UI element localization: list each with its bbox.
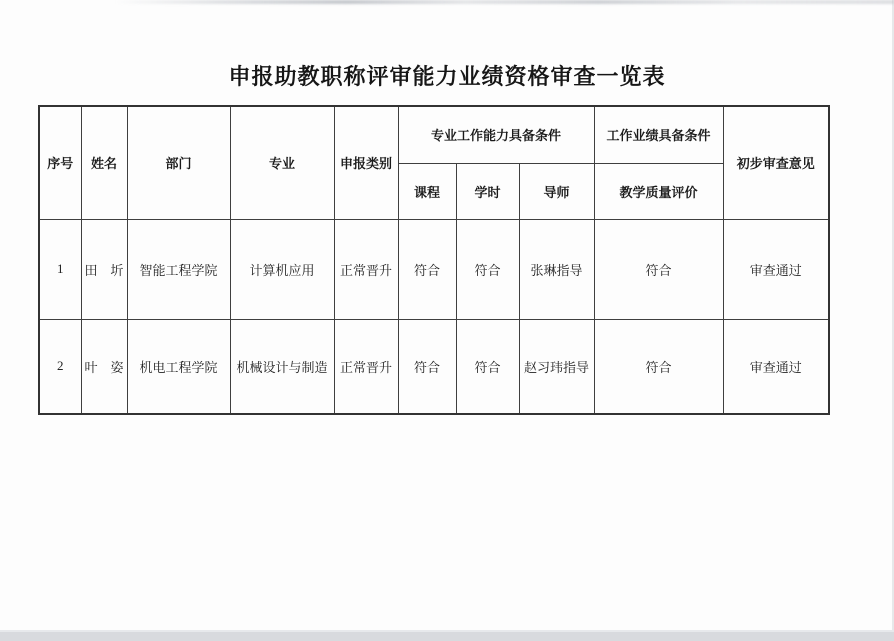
cell-name: 田 圻	[81, 219, 127, 319]
cell-course: 符合	[398, 219, 456, 319]
col-header-preliminary-opinion: 初步审查意见	[723, 106, 829, 219]
qualification-review-table: 序号 姓名 部门 专业 申报类别 专业工作能力具备条件 工作业绩具备条件 初步审…	[38, 105, 830, 415]
cell-hours: 符合	[456, 219, 519, 319]
col-header-mentor: 导师	[519, 163, 594, 219]
cell-serial: 1	[39, 219, 81, 319]
cell-apply-category: 正常晋升	[334, 319, 398, 414]
cell-name: 叶 姿	[81, 319, 127, 414]
cell-teaching-quality: 符合	[594, 319, 723, 414]
header-row-top: 序号 姓名 部门 专业 申报类别 专业工作能力具备条件 工作业绩具备条件 初步审…	[39, 106, 829, 163]
cell-course: 符合	[398, 319, 456, 414]
col-header-course: 课程	[398, 163, 456, 219]
col-header-teaching-quality: 教学质量评价	[594, 163, 723, 219]
cell-preliminary-opinion: 审查通过	[723, 219, 829, 319]
col-header-major: 专业	[230, 106, 334, 219]
cell-department: 机电工程学院	[127, 319, 230, 414]
cell-serial: 2	[39, 319, 81, 414]
cell-major: 计算机应用	[230, 219, 334, 319]
cell-apply-category: 正常晋升	[334, 219, 398, 319]
cell-mentor: 赵习玮指导	[519, 319, 594, 414]
col-group-ability: 专业工作能力具备条件	[398, 106, 594, 163]
scan-artifact-top	[115, 0, 894, 4]
col-header-serial: 序号	[39, 106, 81, 219]
col-header-name: 姓名	[81, 106, 127, 219]
cell-hours: 符合	[456, 319, 519, 414]
col-header-apply-category: 申报类别	[334, 106, 398, 219]
scan-artifact-bottom-bar	[0, 630, 894, 641]
cell-teaching-quality: 符合	[594, 219, 723, 319]
page-title: 申报助教职称评审能力业绩资格审查一览表	[0, 60, 894, 91]
cell-mentor: 张琳指导	[519, 219, 594, 319]
cell-department: 智能工程学院	[127, 219, 230, 319]
col-header-hours: 学时	[456, 163, 519, 219]
cell-major: 机械设计与制造	[230, 319, 334, 414]
table-row: 2 叶 姿 机电工程学院 机械设计与制造 正常晋升 符合 符合 赵习玮指导 符合…	[39, 319, 829, 414]
table-row: 1 田 圻 智能工程学院 计算机应用 正常晋升 符合 符合 张琳指导 符合 审查…	[39, 219, 829, 319]
col-group-performance: 工作业绩具备条件	[594, 106, 723, 163]
col-header-department: 部门	[127, 106, 230, 219]
cell-preliminary-opinion: 审查通过	[723, 319, 829, 414]
